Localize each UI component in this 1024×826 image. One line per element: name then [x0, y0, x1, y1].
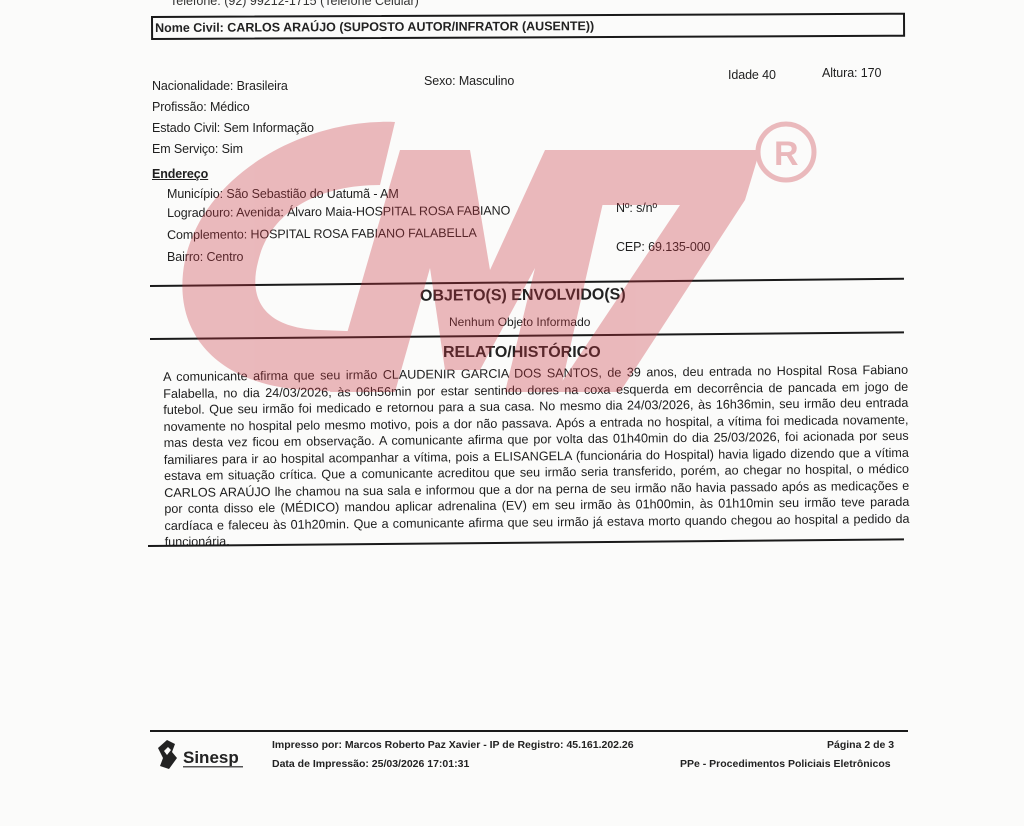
- age: Idade 40: [728, 68, 776, 82]
- system-name: PPe - Procedimentos Policiais Eletrônico…: [680, 758, 891, 770]
- narrative-text: A comunicante afirma que seu irmão CLAUD…: [163, 362, 910, 551]
- objects-value: Nenhum Objeto Informado: [449, 315, 590, 329]
- street: Logradouro: Avenida: Álvaro Maia-HOSPITA…: [167, 204, 510, 220]
- sex: Sexo: Masculino: [424, 74, 514, 88]
- footer-divider: [150, 730, 908, 732]
- marital-status: Estado Civil: Sem Informação: [152, 121, 314, 135]
- name-box: Nome Civil: CARLOS ARAÚJO (SUPOSTO AUTOR…: [151, 13, 905, 40]
- divider: [150, 278, 904, 287]
- page-number: Página 2 de 3: [827, 739, 894, 751]
- civil-name: Nome Civil: CARLOS ARAÚJO (SUPOSTO AUTOR…: [155, 19, 594, 35]
- divider: [150, 331, 904, 340]
- address-heading: Endereço: [152, 167, 208, 181]
- address-number: Nº: s/nº: [616, 201, 657, 215]
- document-page: Telefone: (92) 99212-1715 (Telefone Celu…: [0, 0, 1024, 826]
- phone-line: Telefone: (92) 99212-1715 (Telefone Celu…: [170, 0, 419, 8]
- print-date: Data de Impressão: 25/03/2026 17:01:31: [272, 758, 469, 770]
- height: Altura: 170: [822, 66, 881, 80]
- zip-code: CEP: 69.135-000: [616, 240, 710, 254]
- profession: Profissão: Médico: [152, 100, 250, 114]
- on-duty: Em Serviço: Sim: [152, 142, 243, 156]
- nationality: Nacionalidade: Brasileira: [152, 79, 288, 93]
- neighborhood: Bairro: Centro: [167, 250, 243, 264]
- svg-text:Sinesp: Sinesp: [183, 748, 239, 767]
- municipality: Município: São Sebastião do Uatumã - AM: [167, 187, 399, 201]
- printed-by: Impresso por: Marcos Roberto Paz Xavier …: [272, 739, 634, 751]
- sinesp-logo: Sinesp: [155, 736, 250, 776]
- registered-mark: R: [774, 135, 799, 173]
- objects-title: OBJETO(S) ENVOLVIDO(S): [420, 286, 626, 305]
- narrative-title: RELATO/HISTÓRICO: [443, 344, 601, 362]
- complement: Complemento: HOSPITAL ROSA FABIANO FALAB…: [167, 226, 477, 242]
